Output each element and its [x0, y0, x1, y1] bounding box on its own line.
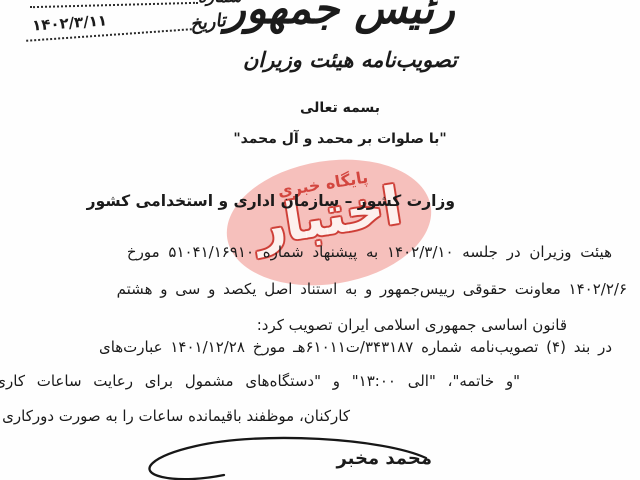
- body-line: کارکنان، موظفند باقیمانده ساعات را به صو…: [0, 407, 350, 425]
- document-page: شماره تاریخ ۱۴۰۲/۳/۱۱ رئیس جمهور تصویب‌ن…: [0, 0, 640, 480]
- letterhead-subtitle: تصویب‌نامه هیئت وزیران: [210, 48, 490, 72]
- basmala: بسمه تعالی: [260, 100, 420, 116]
- body-line: ۱۴۰۲/۲/۶ معاونت حقوقی رییس‌جمهور و به اس…: [117, 280, 627, 298]
- body-line: "و خاتمه"، "الی ۱۳:۰۰" و "دستگاه‌های مشم…: [0, 372, 520, 390]
- addressee-line: وزارت کشور – سازمان اداری و استخدامی کشو…: [87, 192, 455, 210]
- number-dotted-line: [30, 2, 198, 8]
- body-line: قانون اساسی جمهوری اسلامی ایران تصویب کر…: [257, 316, 567, 334]
- signature-block: محمد مخبر: [128, 436, 438, 480]
- body-line: هیئت وزیران در جلسه ۱۴۰۲/۳/۱۰ به پیشنهاد…: [127, 243, 612, 261]
- date-value: ۱۴۰۲/۳/۱۱: [31, 11, 107, 34]
- body-line: در بند (۴) تصویب‌نامه شماره ۳۴۳۱۸۷/ت۶۱۰۱…: [99, 338, 612, 356]
- salawat: "با صلوات بر محمد و آل محمد": [225, 131, 455, 147]
- letterhead-title: رئیس جمهور: [205, 0, 475, 34]
- signatory-name: محمد مخبر: [336, 448, 432, 469]
